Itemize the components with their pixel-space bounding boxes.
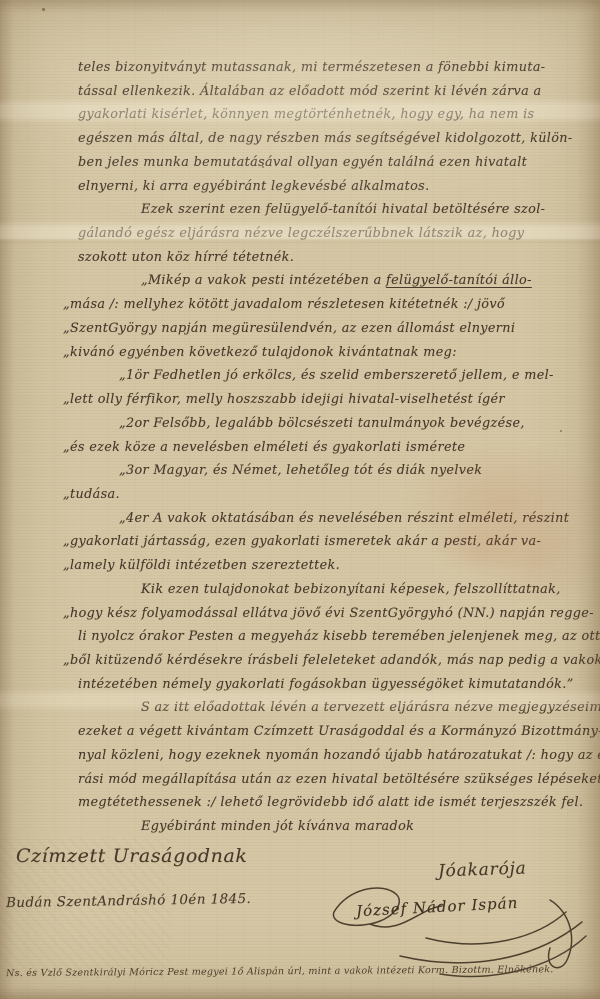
letter-body: teles bizonyitványt mutassanak, mi termé… xyxy=(0,56,600,839)
letter-line: „lett olly férfikor, melly hoszszabb ide… xyxy=(0,388,600,412)
letter-line: nyal közleni, hogy ezeknek nyomán hozand… xyxy=(0,744,600,768)
letter-line: „tudása. xyxy=(0,483,600,507)
date-line: Budán SzentAndráshó 10én 1845. xyxy=(6,891,251,911)
signature-block: József Nádor Ispán xyxy=(330,878,598,996)
letter-line: li nyolcz órakor Pesten a megyeház kiseb… xyxy=(0,625,600,649)
letter-line: Egyébiránt minden jót kívánva maradok xyxy=(0,815,600,839)
letter-line: intézetében némely gyakorlati fogásokban… xyxy=(0,673,600,697)
letter-line: egészen más által, de nagy részben más s… xyxy=(0,127,600,151)
letter-line: ben jeles munka bemutatásával ollyan egy… xyxy=(0,151,600,175)
letter-line: „és ezek köze a nevelésben elméleti és g… xyxy=(0,436,600,460)
letter-line: „ből kitüzendő kérdésekre írásbeli felel… xyxy=(0,649,600,673)
docket-note: Ns. és Vzlő Szentkirályi Móricz Pest meg… xyxy=(6,964,598,979)
letter-line: „3or Magyar, és Német, lehetőleg tót és … xyxy=(0,459,600,483)
letter-line: ezeket a végett kivántam Czímzett Uraság… xyxy=(0,720,600,744)
letter-line: „4er A vakok oktatásában és nevelésében … xyxy=(0,507,600,531)
letter-line: „gyakorlati jártasság, ezen gyakorlati i… xyxy=(0,530,600,554)
signature-text: József Nádor Ispán xyxy=(356,894,519,920)
letter-line: „hogy kész folyamodással ellátva jövő év… xyxy=(0,602,600,626)
letter-line: gyakorlati kisérlet, könnyen megtörténhe… xyxy=(0,103,600,127)
letter-line: Kik ezen tulajdonokat bebizonyítani képe… xyxy=(0,578,600,602)
signature-flourish xyxy=(330,878,598,996)
letter-line: S az itt előadottak lévén a tervezett el… xyxy=(0,696,600,720)
letter-line: szokott uton köz hírré tétetnék. xyxy=(0,246,600,270)
addressee-line: Czímzett Uraságodnak xyxy=(16,845,248,867)
letter-line: tással ellenkezik. Általában az előadott… xyxy=(0,80,600,104)
ink-speck xyxy=(42,8,45,11)
letter-line: „mása /: mellyhez kötött javadalom részl… xyxy=(0,293,600,317)
letter-line: „kivánó egyénben következő tulajdonok ki… xyxy=(0,341,600,365)
document-page: teles bizonyitványt mutassanak, mi termé… xyxy=(0,0,600,999)
letter-line: gálandó egész eljárásra nézve legczélsze… xyxy=(0,222,600,246)
letter-line: „Mikép a vakok pesti intézetében a felüg… xyxy=(0,269,600,293)
letter-line: elnyerni, ki arra egyébiránt legkevésbé … xyxy=(0,175,600,199)
underlined-phrase: felügyelő-tanítói állo- xyxy=(386,273,532,288)
letter-line: rási mód megállapítása után az ezen hiva… xyxy=(0,768,600,792)
letter-line: „2or Felsőbb, legalább bölcsészeti tanul… xyxy=(0,412,600,436)
letter-line: „1ör Fedhetlen jó erkölcs, és szelid emb… xyxy=(0,364,600,388)
valediction: Jóakarója xyxy=(438,858,527,881)
letter-line: „lamely külföldi intézetben szereztettek… xyxy=(0,554,600,578)
letter-line: teles bizonyitványt mutassanak, mi termé… xyxy=(0,56,600,80)
letter-line: megtétethessenek :/ lehető legrövidebb i… xyxy=(0,791,600,815)
letter-line: „SzentGyörgy napján megüresülendvén, az … xyxy=(0,317,600,341)
letter-line: Ezek szerint ezen felügyelő-tanítói hiva… xyxy=(0,198,600,222)
